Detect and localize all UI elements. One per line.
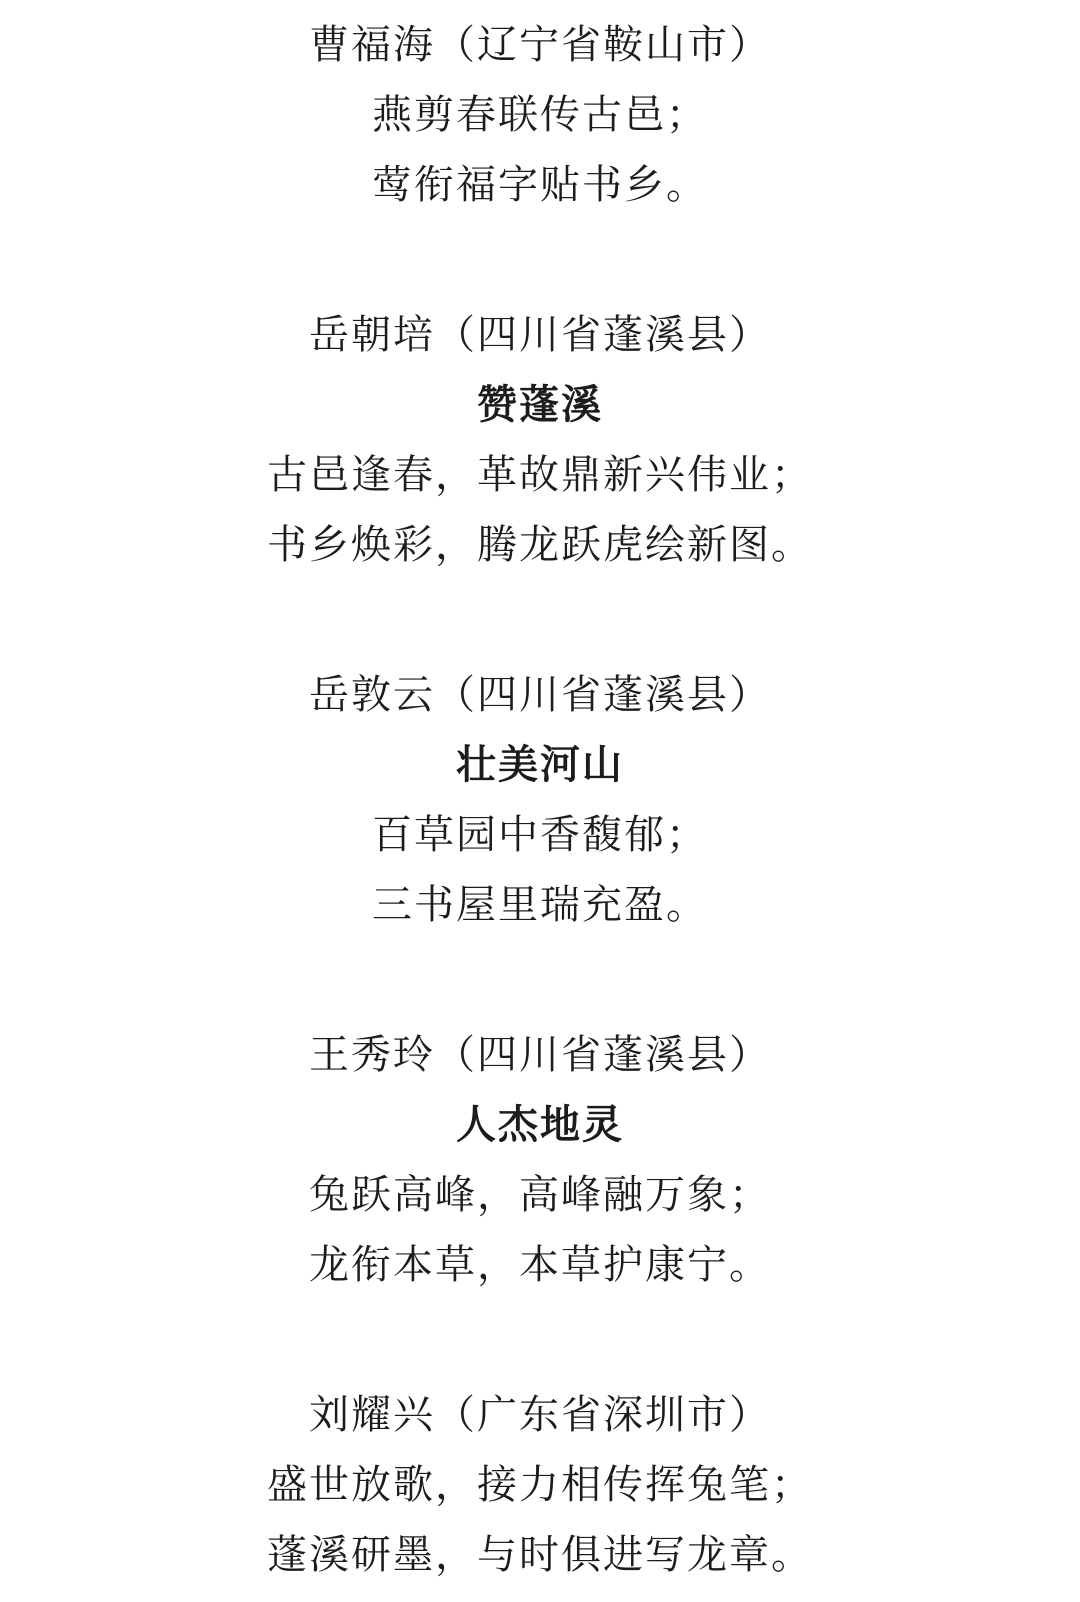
couplet-block: 王秀玲（四川省蓬溪县） 人杰地灵 兔跃高峰，高峰融万象； 龙衔本草，本草护康宁。 <box>0 1020 1080 1300</box>
couplet-block: 岳朝培（四川省蓬溪县） 赞蓬溪 古邑逢春，革故鼎新兴伟业； 书乡焕彩，腾龙跃虎绘… <box>0 300 1080 580</box>
couplet-line: 古邑逢春，革故鼎新兴伟业； <box>0 440 1080 510</box>
couplet-block: 刘耀兴（广东省深圳市） 盛世放歌，接力相传挥兔笔； 蓬溪研墨，与时俱进写龙章。 <box>0 1380 1080 1590</box>
couplet-line: 蓬溪研墨，与时俱进写龙章。 <box>0 1520 1080 1590</box>
author-line: 刘耀兴（广东省深圳市） <box>0 1380 1080 1450</box>
couplet-line: 燕剪春联传古邑； <box>0 80 1080 150</box>
author-line: 岳朝培（四川省蓬溪县） <box>0 300 1080 370</box>
author-line: 王秀玲（四川省蓬溪县） <box>0 1020 1080 1090</box>
couplet-title: 人杰地灵 <box>0 1090 1080 1160</box>
couplet-line: 龙衔本草，本草护康宁。 <box>0 1230 1080 1300</box>
couplet-line: 盛世放歌，接力相传挥兔笔； <box>0 1450 1080 1520</box>
couplet-title: 壮美河山 <box>0 730 1080 800</box>
couplet-title: 赞蓬溪 <box>0 370 1080 440</box>
couplet-line: 百草园中香馥郁； <box>0 800 1080 870</box>
couplet-block: 岳敦云（四川省蓬溪县） 壮美河山 百草园中香馥郁； 三书屋里瑞充盈。 <box>0 660 1080 940</box>
author-line: 岳敦云（四川省蓬溪县） <box>0 660 1080 730</box>
couplet-line: 三书屋里瑞充盈。 <box>0 870 1080 940</box>
couplet-line: 莺衔福字贴书乡。 <box>0 150 1080 220</box>
couplet-block: 曹福海（辽宁省鞍山市） 燕剪春联传古邑； 莺衔福字贴书乡。 <box>0 10 1080 220</box>
document-page: 曹福海（辽宁省鞍山市） 燕剪春联传古邑； 莺衔福字贴书乡。 岳朝培（四川省蓬溪县… <box>0 0 1080 1602</box>
author-line: 曹福海（辽宁省鞍山市） <box>0 10 1080 80</box>
couplet-line: 兔跃高峰，高峰融万象； <box>0 1160 1080 1230</box>
couplet-line: 书乡焕彩，腾龙跃虎绘新图。 <box>0 510 1080 580</box>
